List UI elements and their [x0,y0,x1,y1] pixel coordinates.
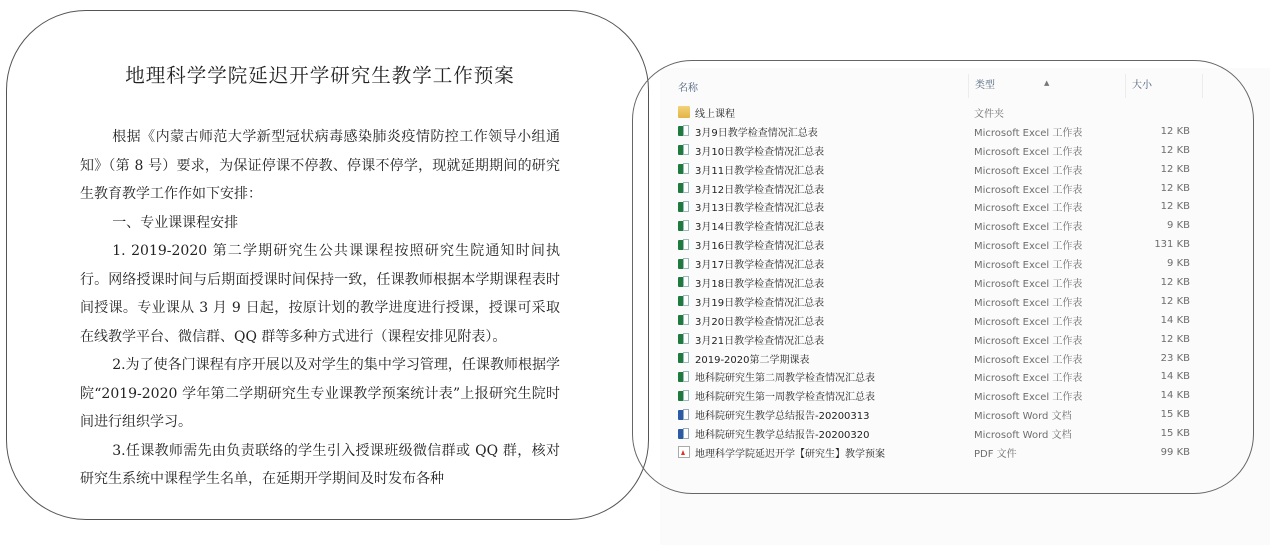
excel-file-icon [678,314,690,326]
file-name-cell: 2019-2020第二学期课表 [672,351,968,366]
file-size: 23 KB [1124,353,1194,364]
file-size: 14 KB [1124,315,1194,326]
file-name: 3月11日教学检查情况汇总表 [695,162,824,177]
document-paragraph: 1. 2019-2020 第二学期研究生公共课课程按照研究生院通知时间执行。网络… [80,237,560,351]
file-name: 3月16日教学检查情况汇总表 [695,237,824,252]
excel-file-icon [678,144,690,156]
file-row[interactable]: 3月10日教学检查情况汇总表Microsoft Excel 工作表12 KB [672,141,1212,160]
file-name-cell: 地理科学学院延迟开学【研究生】教学预案 [672,445,968,460]
file-row[interactable]: 地科院研究生教学总结报告-20200313Microsoft Word 文档15… [672,405,1212,424]
file-type: PDF 文件 [968,445,1124,460]
excel-file-icon [678,239,690,251]
file-type: Microsoft Excel 工作表 [968,124,1124,139]
file-size: 14 KB [1124,390,1194,401]
file-name: 3月19日教学检查情况汇总表 [695,294,824,309]
file-name: 3月18日教学检查情况汇总表 [695,275,824,290]
file-type: Microsoft Word 文档 [968,426,1124,441]
file-name-cell: 3月21日教学检查情况汇总表 [672,332,968,347]
file-name: 3月20日教学检查情况汇总表 [695,313,824,328]
file-type: Microsoft Excel 工作表 [968,181,1124,196]
document-title: 地理科学学院延迟开学研究生教学工作预案 [80,60,560,88]
file-row[interactable]: 3月17日教学检查情况汇总表Microsoft Excel 工作表9 KB [672,254,1212,273]
file-explorer: 名称 类型 ▲ 大小 线上课程文件夹3月9日教学检查情况汇总表Microsoft… [672,74,1212,462]
excel-file-icon [678,295,690,307]
file-name: 3月21日教学检查情况汇总表 [695,332,824,347]
excel-file-icon [678,371,690,383]
file-size: 9 KB [1124,258,1194,269]
file-type: Microsoft Excel 工作表 [968,256,1124,271]
pdf-file-icon [678,446,690,458]
excel-file-icon [678,258,690,270]
excel-file-icon [678,125,690,137]
word-file-icon [678,428,690,440]
file-name-cell: 3月20日教学检查情况汇总表 [672,313,968,328]
file-name-cell: 3月18日教学检查情况汇总表 [672,275,968,290]
column-header-type[interactable]: 类型 ▲ [968,74,1125,98]
file-row[interactable]: 3月20日教学检查情况汇总表Microsoft Excel 工作表14 KB [672,311,1212,330]
column-header-name[interactable]: 名称 [672,79,968,94]
file-size: 15 KB [1124,428,1194,439]
excel-file-icon [678,390,690,402]
file-name: 3月13日教学检查情况汇总表 [695,199,824,214]
document-page: 地理科学学院延迟开学研究生教学工作预案 根据《内蒙古师范大学新型冠状病毒感染肺炎… [80,50,560,494]
column-header-size[interactable]: 大小 [1125,74,1203,98]
excel-file-icon [678,220,690,232]
file-type: Microsoft Excel 工作表 [968,218,1124,233]
file-row[interactable]: 线上课程文件夹 [672,103,1212,122]
file-type: Microsoft Excel 工作表 [968,237,1124,252]
file-size: 12 KB [1124,164,1194,175]
file-name-cell: 线上课程 [672,105,968,120]
file-row[interactable]: 3月13日教学检查情况汇总表Microsoft Excel 工作表12 KB [672,197,1212,216]
document-body: 根据《内蒙古师范大学新型冠状病毒感染肺炎疫情防控工作领导小组通知》（第 8 号）… [80,123,560,494]
section-heading: 一、专业课课程安排 [80,209,560,238]
file-name-cell: 3月19日教学检查情况汇总表 [672,294,968,309]
file-row[interactable]: 3月9日教学检查情况汇总表Microsoft Excel 工作表12 KB [672,122,1212,141]
file-type: Microsoft Excel 工作表 [968,143,1124,158]
excel-file-icon [678,163,690,175]
file-name-cell: 地科院研究生第一周教学检查情况汇总表 [672,388,968,403]
file-type: Microsoft Excel 工作表 [968,369,1124,384]
excel-file-icon [678,352,690,364]
file-name: 地科院研究生第二周教学检查情况汇总表 [695,369,875,384]
file-row[interactable]: 3月16日教学检查情况汇总表Microsoft Excel 工作表131 KB [672,235,1212,254]
file-row[interactable]: 3月19日教学检查情况汇总表Microsoft Excel 工作表12 KB [672,292,1212,311]
document-paragraph: 2.为了使各门课程有序开展以及对学生的集中学习管理，任课教师根据学院“2019-… [80,351,560,437]
file-row[interactable]: 3月12日教学检查情况汇总表Microsoft Excel 工作表12 KB [672,179,1212,198]
file-size: 12 KB [1124,296,1194,307]
file-type: Microsoft Excel 工作表 [968,162,1124,177]
file-size: 15 KB [1124,409,1194,420]
file-type: Microsoft Excel 工作表 [968,275,1124,290]
file-type: Microsoft Excel 工作表 [968,351,1124,366]
file-name: 3月17日教学检查情况汇总表 [695,256,824,271]
file-name: 3月14日教学检查情况汇总表 [695,218,824,233]
file-name-cell: 3月11日教学检查情况汇总表 [672,162,968,177]
file-row[interactable]: 地科院研究生第一周教学检查情况汇总表Microsoft Excel 工作表14 … [672,386,1212,405]
file-name: 地科院研究生教学总结报告-20200313 [695,407,870,422]
file-type: Microsoft Excel 工作表 [968,332,1124,347]
excel-file-icon [678,182,690,194]
file-name-cell: 地科院研究生第二周教学检查情况汇总表 [672,369,968,384]
file-type: Microsoft Excel 工作表 [968,388,1124,403]
file-type: 文件夹 [968,105,1124,120]
file-type: Microsoft Word 文档 [968,407,1124,422]
file-type: Microsoft Excel 工作表 [968,294,1124,309]
file-name-cell: 3月9日教学检查情况汇总表 [672,124,968,139]
file-name-cell: 地科院研究生教学总结报告-20200320 [672,426,968,441]
column-header-type-label: 类型 [975,80,995,91]
file-name: 2019-2020第二学期课表 [695,351,810,366]
file-name: 3月9日教学检查情况汇总表 [695,124,818,139]
file-name-cell: 3月10日教学检查情况汇总表 [672,143,968,158]
file-size: 12 KB [1124,277,1194,288]
file-row[interactable]: 3月14日教学检查情况汇总表Microsoft Excel 工作表9 KB [672,216,1212,235]
excel-file-icon [678,201,690,213]
file-list: 线上课程文件夹3月9日教学检查情况汇总表Microsoft Excel 工作表1… [672,103,1212,462]
sort-ascending-icon: ▲ [1044,71,1049,95]
file-name-cell: 3月16日教学检查情况汇总表 [672,237,968,252]
file-name-cell: 3月13日教学检查情况汇总表 [672,199,968,214]
file-size: 12 KB [1124,183,1194,194]
file-size: 12 KB [1124,126,1194,137]
file-name-cell: 3月12日教学检查情况汇总表 [672,181,968,196]
file-row[interactable]: 地理科学学院延迟开学【研究生】教学预案PDF 文件99 KB [672,443,1212,462]
file-name: 线上课程 [695,105,735,120]
file-row[interactable]: 3月18日教学检查情况汇总表Microsoft Excel 工作表12 KB [672,273,1212,292]
file-size: 12 KB [1124,201,1194,212]
file-size: 12 KB [1124,145,1194,156]
word-file-icon [678,409,690,421]
file-size: 131 KB [1124,239,1194,250]
file-name-cell: 地科院研究生教学总结报告-20200313 [672,407,968,422]
file-name: 地理科学学院延迟开学【研究生】教学预案 [695,445,885,460]
file-size: 99 KB [1124,447,1194,458]
file-row[interactable]: 地科院研究生第二周教学检查情况汇总表Microsoft Excel 工作表14 … [672,367,1212,386]
file-size: 9 KB [1124,220,1194,231]
file-name: 地科院研究生教学总结报告-20200320 [695,426,870,441]
file-size: 12 KB [1124,334,1194,345]
file-name-cell: 3月14日教学检查情况汇总表 [672,218,968,233]
file-row[interactable]: 3月21日教学检查情况汇总表Microsoft Excel 工作表12 KB [672,330,1212,349]
document-paragraph: 3.任课教师需先由负责联络的学生引入授课班级微信群或 QQ 群，核对研究生系统中… [80,437,560,494]
file-row[interactable]: 地科院研究生教学总结报告-20200320Microsoft Word 文档15… [672,424,1212,443]
excel-file-icon [678,276,690,288]
document-paragraph: 根据《内蒙古师范大学新型冠状病毒感染肺炎疫情防控工作领导小组通知》（第 8 号）… [80,123,560,209]
file-name: 3月10日教学检查情况汇总表 [695,143,824,158]
file-row[interactable]: 3月11日教学检查情况汇总表Microsoft Excel 工作表12 KB [672,160,1212,179]
file-type: Microsoft Excel 工作表 [968,313,1124,328]
file-type: Microsoft Excel 工作表 [968,199,1124,214]
file-row[interactable]: 2019-2020第二学期课表Microsoft Excel 工作表23 KB [672,349,1212,368]
file-size: 14 KB [1124,371,1194,382]
file-name-cell: 3月17日教学检查情况汇总表 [672,256,968,271]
excel-file-icon [678,333,690,345]
column-header-row: 名称 类型 ▲ 大小 [672,74,1212,98]
folder-icon [678,106,690,118]
file-name: 地科院研究生第一周教学检查情况汇总表 [695,388,875,403]
file-name: 3月12日教学检查情况汇总表 [695,181,824,196]
